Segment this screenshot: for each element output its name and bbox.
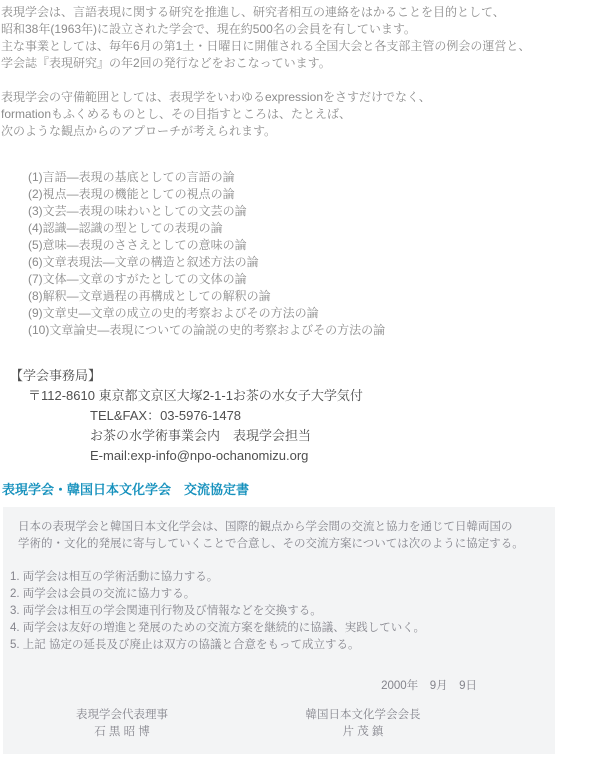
list-item: 3. 両学会は相互の学会関連刊行物及び情報などを交換する。 (10, 603, 555, 620)
agreement-box: 日本の表現学会と韓国日本文化学会は、国際的観点から学会間の交流と協力を通じて日韓… (3, 507, 555, 754)
signature-hyogen-gakkai: 表現学会代表理事 石 黒 昭 博 (52, 707, 192, 741)
list-item: 4. 両学会は友好の増進と発展のための交流方案を継続的に協議、実践していく。 (10, 620, 555, 637)
agreement-list: 1. 両学会は相互の学術活動に協力する。 2. 両学会は会員の交流に協力する。 … (10, 569, 555, 654)
list-item: (8)解釈—文章過程の再構成としての解釈の論 (28, 288, 600, 305)
list-item: (7)文体—文章のすがたとしての文体の論 (28, 271, 600, 288)
list-item: (2)視点—表現の機能としての視点の論 (28, 186, 600, 203)
list-item: 1. 両学会は相互の学術活動に協力する。 (10, 569, 555, 586)
list-item: (5)意味—表現のささえとしての意味の論 (28, 237, 600, 254)
list-item: (3)文芸—表現の味わいとしての文芸の論 (28, 203, 600, 220)
signature-name: 片 茂 鎮 (288, 724, 438, 741)
signature-title: 韓国日本文化学会会長 (288, 707, 438, 724)
office-heading: 【学会事務局】 (10, 366, 600, 386)
list-item: (10)文章論史—表現についての論説の史的考察およびその方法の論 (28, 322, 600, 339)
list-item: 2. 両学会は会員の交流に協力する。 (10, 586, 555, 603)
about-section: 表現学会は、言語表現に関する研究を推進し、研究者相互の連絡をはかることを目的とし… (1, 4, 600, 339)
agreement-intro: 日本の表現学会と韓国日本文化学会は、国際的観点から学会間の交流と協力を通じて日韓… (18, 519, 555, 553)
agreement-heading: 表現学会・韓国日本文化学会 交流協定書 (2, 481, 600, 498)
approach-list: (1)言語—表現の基底としての言語の論 (2)視点—表現の機能としての視点の論 … (28, 169, 600, 339)
office-telfax: TEL&FAX：03-5976-1478 (90, 406, 600, 426)
list-item: (9)文章史—文章の成立の史的考察およびその方法の論 (28, 305, 600, 322)
signature-title: 表現学会代表理事 (52, 707, 192, 724)
page: 表現学会は、言語表現に関する研究を推進し、研究者相互の連絡をはかることを目的とし… (0, 0, 600, 754)
office-email: E-mail:exp-info@npo-ochanomizu.org (90, 446, 600, 466)
signature-korea-japan-society: 韓国日本文化学会会長 片 茂 鎮 (288, 707, 438, 741)
agreement-date: 2000年 9月 9日 (3, 678, 555, 695)
office-address: 〒112-8610 東京都文京区大塚2-1-1お茶の水女子大学気付 (28, 386, 600, 406)
list-item: (6)文章表現法—文章の構造と叙述方法の論 (28, 254, 600, 271)
signatures: 表現学会代表理事 石 黒 昭 博 韓国日本文化学会会長 片 茂 鎮 (3, 707, 555, 741)
list-item: (1)言語—表現の基底としての言語の論 (28, 169, 600, 186)
list-item: (4)認識—認識の型としての表現の論 (28, 220, 600, 237)
office-organization: お茶の水学術事業会内 表現学会担当 (90, 426, 600, 446)
about-paragraph-1: 表現学会は、言語表現に関する研究を推進し、研究者相互の連絡をはかることを目的とし… (1, 4, 600, 72)
list-item: 5. 上記 協定の延長及び廃止は双方の協議と合意をもって成立する。 (10, 637, 555, 654)
office-section: 【学会事務局】 〒112-8610 東京都文京区大塚2-1-1お茶の水女子大学気… (10, 366, 600, 466)
signature-name: 石 黒 昭 博 (52, 724, 192, 741)
about-paragraph-2: 表現学会の守備範囲としては、表現学をいわゆるexpressionをさすだけでなく… (1, 89, 600, 140)
